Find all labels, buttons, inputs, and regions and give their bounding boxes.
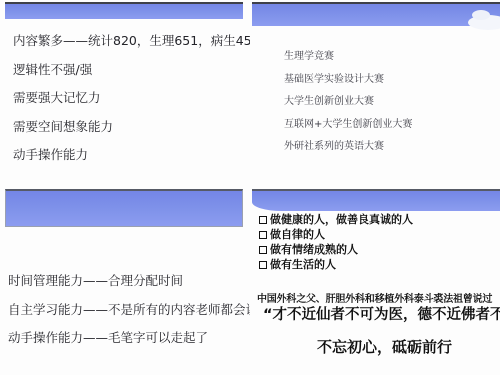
sky-banner bbox=[252, 2, 500, 26]
checklist-label: 做有生活的人 bbox=[270, 257, 336, 272]
checklist-item: 做自律的人 bbox=[259, 227, 413, 242]
checklist-label: 做有情绪成熟的人 bbox=[270, 242, 358, 257]
sky-banner bbox=[5, 189, 243, 227]
checklist-item: 做有情绪成熟的人 bbox=[259, 242, 413, 257]
checklist-item: 做有生活的人 bbox=[259, 257, 413, 272]
sky-banner bbox=[252, 189, 500, 211]
bullet-list: 时间管理能力——合理分配时间 自主学习能力——不是所有的内容老师都会讲 动手操作… bbox=[8, 267, 250, 353]
sky-banner bbox=[5, 2, 243, 19]
slide-course-features: 内容繁多——统计820，生理651，病生454 逻辑性不强/强 需要强大记忆力 … bbox=[0, 0, 250, 188]
slides-grid: 内容繁多——统计820，生理651，病生454 逻辑性不强/强 需要强大记忆力 … bbox=[0, 0, 500, 375]
checklist-label: 做健康的人，做善良真诚的人 bbox=[270, 212, 413, 227]
slide-abilities: 时间管理能力——合理分配时间 自主学习能力——不是所有的内容老师都会讲 动手操作… bbox=[0, 187, 250, 375]
bullet-line: 需要强大记忆力 bbox=[13, 84, 250, 113]
bullet-line: 动手操作能力——毛笔字可以走起了 bbox=[8, 324, 250, 353]
checkbox-icon bbox=[259, 261, 267, 269]
bullet-line: 需要空间想象能力 bbox=[13, 113, 250, 142]
bullet-line: 逻辑性不强/强 bbox=[13, 56, 250, 85]
closing-motto: 不忘初心，砥砺前行 bbox=[317, 336, 452, 357]
bullet-line: 基础医学实验设计大赛 bbox=[284, 69, 412, 92]
bullet-list: 内容繁多——统计820，生理651，病生454 逻辑性不强/强 需要强大记忆力 … bbox=[13, 27, 250, 170]
checklist-item: 做健康的人，做善良真诚的人 bbox=[259, 212, 413, 227]
checklist: 做健康的人，做善良真诚的人 做自律的人 做有情绪成熟的人 做有生活的人 bbox=[259, 212, 413, 272]
checkbox-icon bbox=[259, 246, 267, 254]
bullet-line: 动手操作能力 bbox=[13, 141, 250, 170]
bullet-line: 大学生创新创业大赛 bbox=[284, 91, 412, 114]
bullet-line: 外研社系列的英语大赛 bbox=[284, 136, 412, 159]
bullet-line: 自主学习能力——不是所有的内容老师都会讲 bbox=[8, 296, 250, 325]
checkbox-icon bbox=[259, 216, 267, 224]
checklist-label: 做自律的人 bbox=[270, 227, 325, 242]
bullet-line: 时间管理能力——合理分配时间 bbox=[8, 267, 250, 296]
slide-competitions: 生理学竞赛 基础医学实验设计大赛 大学生创新创业大赛 互联网+大学生创新创业大赛… bbox=[250, 0, 500, 188]
checkbox-icon bbox=[259, 231, 267, 239]
famous-quote: “才不近仙者不可为医，德不近佛者不可为 bbox=[263, 303, 500, 324]
slide-life-goals: 做健康的人，做善良真诚的人 做自律的人 做有情绪成熟的人 做有生活的人 中国外科… bbox=[250, 187, 500, 375]
cloud-icon bbox=[468, 15, 500, 30]
bullet-line: 生理学竞赛 bbox=[284, 46, 412, 69]
bullet-list: 生理学竞赛 基础医学实验设计大赛 大学生创新创业大赛 互联网+大学生创新创业大赛… bbox=[284, 46, 412, 159]
bullet-line: 互联网+大学生创新创业大赛 bbox=[284, 114, 412, 137]
bullet-line: 内容繁多——统计820，生理651，病生454 bbox=[13, 27, 250, 56]
